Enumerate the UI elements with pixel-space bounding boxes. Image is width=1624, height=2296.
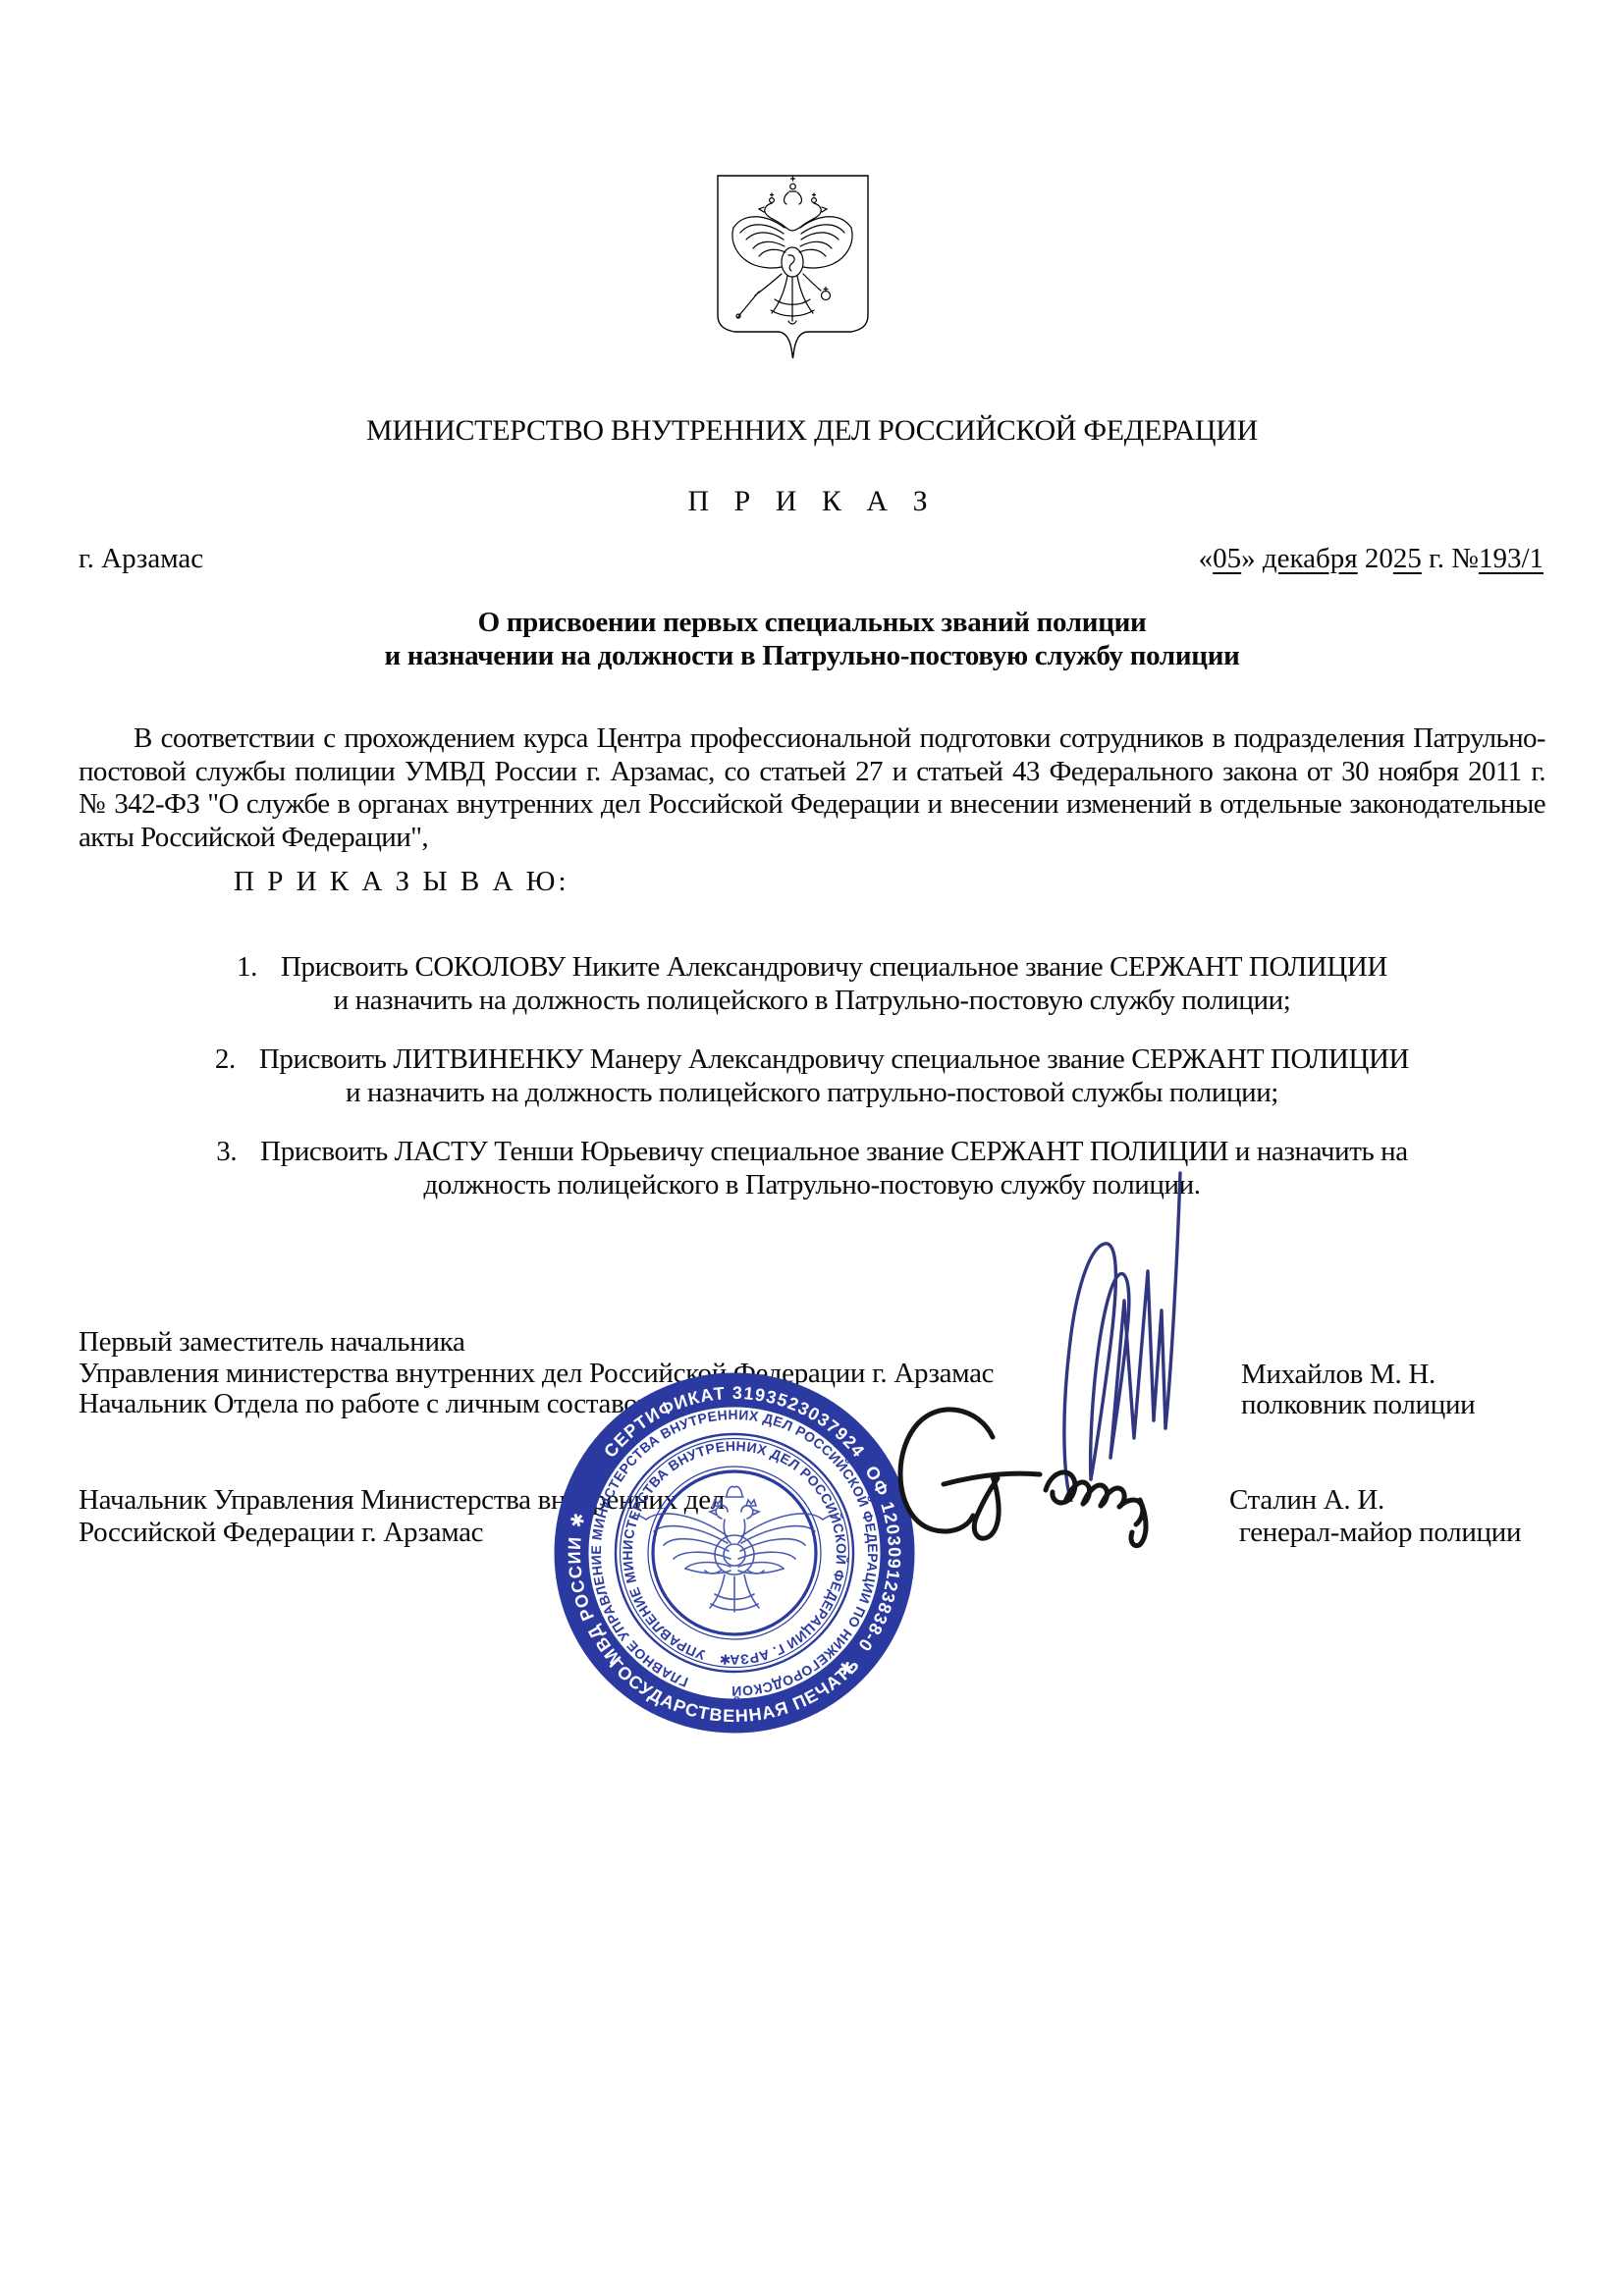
order-number: 193/1 — [1479, 543, 1543, 574]
preamble-line: постовой службы полиции УМВД России г. А… — [79, 756, 1545, 789]
item-text: должность полицейского в Патрульно-посто… — [79, 1168, 1545, 1201]
subject-line-2: и назначении на должности в Патрульно-по… — [79, 639, 1545, 672]
date-middle: г. № — [1422, 543, 1479, 574]
preamble-paragraph: В соответствии с прохождением курса Цент… — [79, 722, 1545, 854]
item-text: Присвоить СОКОЛОВУ Никите Александровичу… — [281, 951, 1387, 983]
signature-ink-second — [879, 1394, 1183, 1556]
item-text: Присвоить ЛИТВИНЕНКУ Манеру Александрови… — [259, 1043, 1409, 1075]
date-close-quote: » — [1241, 543, 1263, 574]
order-word: П Р И К А З — [79, 485, 1545, 518]
preamble-line: В соответствии с прохождением курса Цент… — [79, 722, 1545, 756]
item-number: 2. — [215, 1043, 236, 1075]
order-item-1: 1.Присвоить СОКОЛОВУ Никите Александрови… — [79, 950, 1545, 1017]
subject-line-1: О присвоении первых специальных званий п… — [79, 606, 1545, 639]
order-subject: О присвоении первых специальных званий п… — [79, 606, 1545, 672]
item-text: и назначить на должность полицейского в … — [79, 984, 1545, 1017]
order-place: г. Арзамас — [79, 543, 203, 575]
preamble-line: № 342-ФЗ "О службе в органах внутренних … — [79, 788, 1545, 822]
decree-word: П Р И К А З Ы В А Ю: — [234, 866, 569, 898]
signatory-2-name: Сталин А. И. — [1229, 1484, 1384, 1517]
preamble-line: акты Российской Федерации", — [79, 822, 1545, 855]
order-document-page: МИНИСТЕРСТВО ВНУТРЕННИХ ДЕЛ РОССИЙСКОЙ Ф… — [0, 0, 1624, 2296]
date-open-quote: « — [1199, 543, 1214, 574]
item-number: 1. — [237, 951, 257, 983]
order-item-2: 2.Присвоить ЛИТВИНЕНКУ Манеру Александро… — [79, 1042, 1545, 1109]
russia-coat-of-arms-icon — [712, 172, 874, 366]
ministry-header: МИНИСТЕРСТВО ВНУТРЕННИХ ДЕЛ РОССИЙСКОЙ Ф… — [79, 414, 1545, 448]
signatory-1-name: Михайлов М. Н. — [1241, 1359, 1435, 1391]
item-text: Присвоить ЛАСТУ Тенши Юрьевичу специальн… — [260, 1136, 1408, 1167]
double-headed-eagle-icon — [732, 177, 852, 324]
date-month: декабря — [1263, 543, 1358, 574]
date-day: 05 — [1213, 543, 1241, 574]
order-date-number: «05» декабря 2025 г. №193/1 — [1199, 543, 1543, 575]
date-year-suffix: 25 — [1393, 543, 1422, 574]
item-number: 3. — [216, 1136, 237, 1167]
order-item-3: 3.Присвоить ЛАСТУ Тенши Юрьевичу специал… — [79, 1135, 1545, 1201]
item-text: и назначить на должность полицейского па… — [79, 1076, 1545, 1109]
signatory-2-rank: генерал-майор полиции — [1239, 1517, 1521, 1549]
signatory-1-rank: полковник полиции — [1241, 1389, 1475, 1421]
date-year-prefix: 20 — [1358, 543, 1393, 574]
